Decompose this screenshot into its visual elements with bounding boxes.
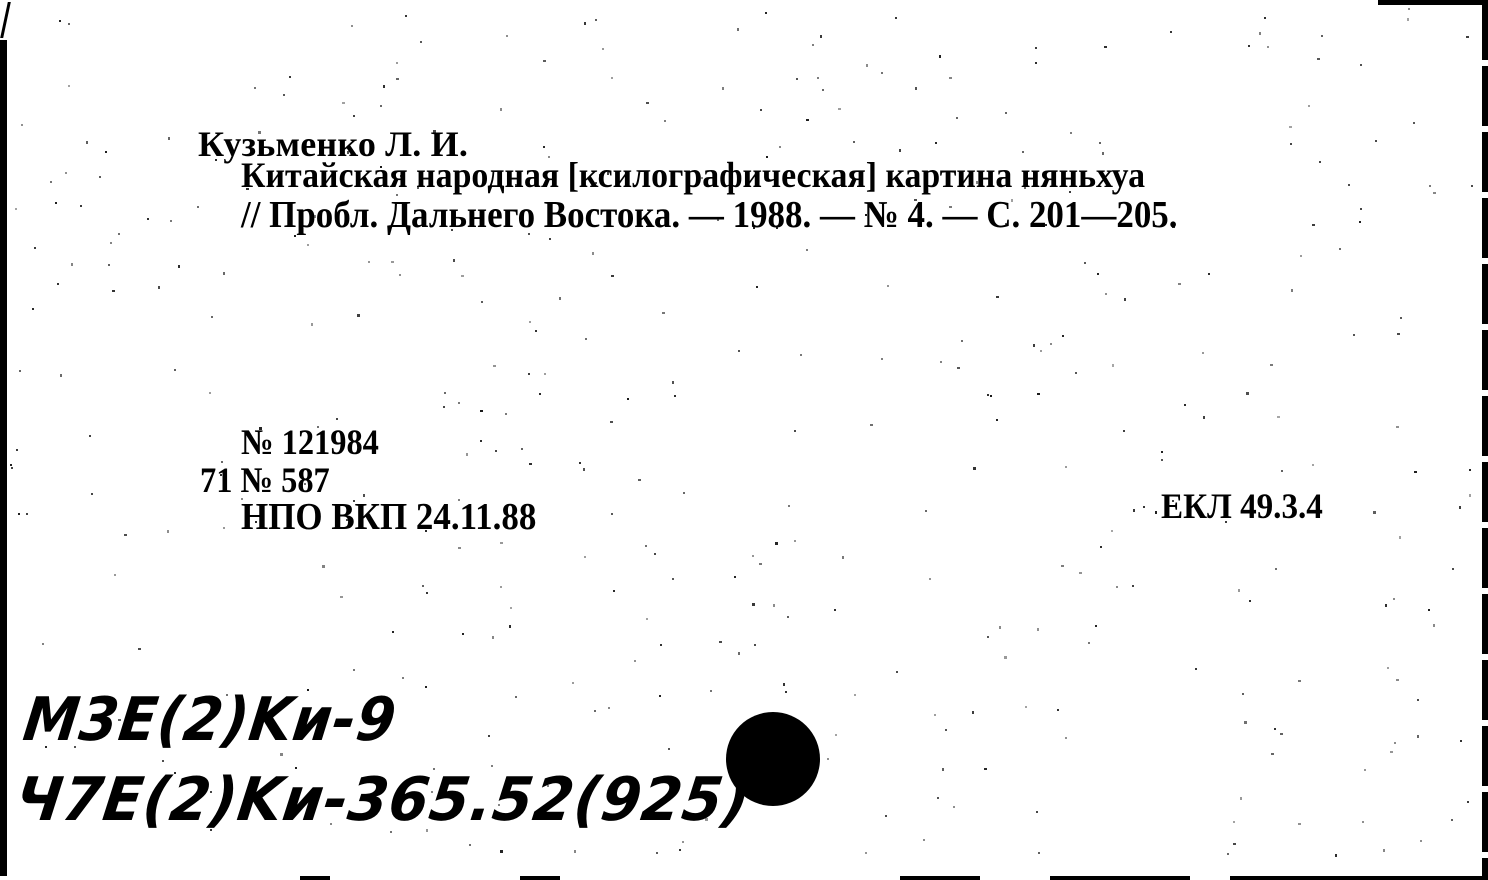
scan-speck bbox=[1097, 273, 1099, 275]
scan-speck bbox=[937, 797, 939, 799]
scan-speck bbox=[55, 202, 57, 204]
scan-speck bbox=[765, 12, 767, 14]
catalog-card: Кузьменко Л. И. Китайская народная [ксил… bbox=[0, 0, 1488, 880]
scan-speck bbox=[1277, 416, 1280, 418]
scan-speck bbox=[1469, 494, 1471, 497]
scan-speck bbox=[1451, 819, 1453, 821]
scan-speck bbox=[935, 142, 937, 144]
scan-speck bbox=[646, 618, 648, 620]
scan-speck bbox=[806, 249, 808, 251]
scan-speck bbox=[881, 72, 883, 74]
scan-speck bbox=[402, 677, 404, 679]
scan-speck bbox=[10, 464, 12, 466]
scan-speck bbox=[759, 563, 762, 565]
scan-speck bbox=[392, 631, 394, 633]
scan-speck bbox=[539, 393, 541, 395]
scan-speck bbox=[353, 669, 355, 671]
scan-speck bbox=[1099, 142, 1101, 144]
scan-speck bbox=[887, 285, 889, 287]
scan-speck bbox=[806, 119, 809, 121]
scan-speck bbox=[1037, 628, 1039, 631]
scan-speck bbox=[722, 87, 724, 90]
scan-speck bbox=[521, 448, 523, 450]
scan-speck bbox=[752, 555, 754, 557]
scan-speck bbox=[1466, 36, 1469, 38]
scan-speck bbox=[342, 102, 345, 104]
scan-speck bbox=[500, 108, 502, 111]
scan-speck bbox=[1274, 728, 1276, 730]
scan-speck bbox=[1084, 262, 1086, 264]
scan-speck bbox=[462, 633, 464, 635]
scan-speck bbox=[351, 25, 353, 27]
scan-speck bbox=[461, 275, 464, 277]
scan-speck bbox=[611, 275, 614, 277]
scan-speck bbox=[1308, 105, 1310, 107]
scan-speck bbox=[957, 367, 960, 369]
scan-speck bbox=[656, 852, 658, 854]
scan-speck bbox=[838, 108, 841, 110]
handwritten-shelf-mark-2: Ч7E(2)Kи-365.52(925) bbox=[12, 770, 754, 830]
scan-speck bbox=[1429, 185, 1431, 187]
scan-speck bbox=[16, 449, 18, 451]
scan-speck bbox=[500, 850, 503, 853]
scan-speck bbox=[1364, 769, 1366, 771]
scan-speck bbox=[1397, 333, 1400, 335]
scan-speck bbox=[925, 510, 927, 512]
scan-speck bbox=[949, 77, 952, 79]
scan-speck bbox=[60, 374, 62, 377]
scan-speck bbox=[915, 87, 917, 90]
scan-speck bbox=[65, 172, 67, 174]
scan-speck bbox=[679, 849, 681, 851]
scan-speck bbox=[674, 395, 676, 397]
scan-speck bbox=[929, 578, 931, 580]
scan-speck bbox=[611, 513, 613, 515]
scan-speck bbox=[1400, 317, 1402, 319]
scan-speck bbox=[1393, 598, 1395, 600]
scan-speck bbox=[1291, 289, 1293, 292]
scan-speck bbox=[1062, 335, 1064, 337]
scan-speck bbox=[283, 94, 285, 96]
scan-speck bbox=[1112, 364, 1114, 367]
scan-speck bbox=[336, 418, 338, 420]
scan-speck bbox=[719, 641, 722, 643]
scan-speck bbox=[480, 440, 482, 442]
scan-speck bbox=[1390, 751, 1393, 753]
scan-speck bbox=[118, 233, 120, 235]
scan-speck bbox=[996, 296, 999, 298]
scan-speck bbox=[469, 844, 471, 846]
scan-speck bbox=[1088, 642, 1090, 644]
scan-speck bbox=[1319, 161, 1321, 163]
scan-speck bbox=[1100, 546, 1102, 548]
scan-speck bbox=[124, 534, 127, 536]
scan-speck bbox=[1383, 849, 1385, 852]
scan-speck bbox=[1375, 140, 1377, 142]
scan-speck bbox=[800, 354, 802, 356]
scan-speck bbox=[112, 290, 115, 292]
scan-speck bbox=[1104, 46, 1107, 48]
scan-speck bbox=[608, 707, 610, 709]
scan-speck bbox=[1321, 35, 1323, 37]
scan-speck bbox=[357, 314, 360, 317]
scan-speck bbox=[1202, 352, 1204, 354]
scan-speck bbox=[509, 625, 511, 628]
scan-speck bbox=[584, 22, 586, 25]
scan-speck bbox=[822, 89, 824, 91]
scan-speck bbox=[254, 87, 256, 89]
scan-speck bbox=[881, 358, 883, 360]
scan-speck bbox=[529, 463, 532, 465]
scan-speck bbox=[990, 395, 992, 397]
scan-speck bbox=[68, 23, 70, 25]
scan-edge-bottom bbox=[0, 876, 1488, 880]
classification-code: ЕКЛ 49.3.4 bbox=[1161, 488, 1323, 524]
scan-speck bbox=[1452, 568, 1454, 570]
scan-speck bbox=[91, 493, 93, 495]
scan-speck bbox=[752, 603, 755, 606]
scan-speck bbox=[1417, 735, 1419, 738]
scan-speck bbox=[426, 592, 428, 594]
scan-speck bbox=[1132, 585, 1134, 587]
scan-speck bbox=[659, 695, 661, 697]
scan-speck bbox=[1280, 733, 1283, 735]
scan-speck bbox=[506, 35, 508, 37]
scan-speck bbox=[1079, 572, 1082, 574]
scan-speck bbox=[984, 768, 987, 770]
scan-speck bbox=[602, 48, 604, 50]
scan-speck bbox=[168, 137, 170, 140]
scan-speck bbox=[895, 17, 897, 19]
scan-speck bbox=[1244, 721, 1247, 724]
scan-speck bbox=[1264, 17, 1266, 19]
scan-speck bbox=[956, 117, 958, 119]
scan-speck bbox=[515, 696, 517, 698]
scan-speck bbox=[480, 410, 483, 412]
scan-speck bbox=[1414, 471, 1417, 473]
scan-speck bbox=[1123, 430, 1125, 432]
scan-speck bbox=[1394, 742, 1396, 744]
scan-speck bbox=[737, 28, 739, 31]
scan-speck bbox=[59, 20, 61, 22]
scan-speck bbox=[495, 450, 497, 452]
scan-speck bbox=[1459, 506, 1461, 509]
scan-speck bbox=[834, 609, 836, 611]
scan-speck bbox=[788, 505, 790, 507]
scan-speck bbox=[1420, 840, 1422, 842]
scan-speck bbox=[1038, 852, 1040, 854]
scan-speck bbox=[1035, 62, 1037, 64]
scan-speck bbox=[396, 78, 399, 80]
scan-speck bbox=[574, 850, 576, 853]
scan-speck bbox=[1075, 372, 1077, 374]
scan-speck bbox=[32, 308, 34, 310]
scan-speck bbox=[223, 272, 225, 275]
scan-speck bbox=[453, 259, 455, 262]
scan-speck bbox=[734, 576, 736, 578]
scan-speck bbox=[584, 556, 586, 558]
scan-speck bbox=[961, 340, 963, 342]
scan-speck bbox=[1290, 143, 1292, 145]
source-citation: // Пробл. Дальнего Востока. — 1988. — № … bbox=[241, 196, 1178, 234]
scan-speck bbox=[197, 206, 199, 208]
processing-note: НПО ВКП 24.11.88 bbox=[241, 498, 536, 536]
scan-speck bbox=[1036, 811, 1038, 813]
scan-speck bbox=[80, 205, 82, 207]
scan-speck bbox=[973, 467, 976, 470]
scan-speck bbox=[481, 301, 483, 303]
scan-speck bbox=[26, 513, 28, 515]
scan-speck bbox=[420, 41, 422, 43]
scan-speck bbox=[1270, 364, 1273, 366]
scan-speck bbox=[1246, 392, 1249, 395]
scan-edge-top-right bbox=[1378, 0, 1488, 5]
scan-speck bbox=[1208, 273, 1210, 275]
scan-speck bbox=[654, 553, 656, 555]
scan-speck bbox=[645, 545, 647, 547]
scan-speck bbox=[756, 286, 758, 288]
scan-speck bbox=[1300, 255, 1302, 257]
scan-speck bbox=[383, 85, 385, 88]
scan-speck bbox=[1057, 709, 1059, 711]
scan-speck bbox=[458, 402, 460, 404]
scan-speck bbox=[543, 146, 545, 148]
scan-speck bbox=[11, 467, 13, 469]
scan-speck bbox=[945, 729, 947, 731]
scan-speck bbox=[1155, 511, 1157, 514]
scan-speck bbox=[340, 596, 343, 598]
scan-speck bbox=[1203, 416, 1205, 419]
scan-speck bbox=[1238, 589, 1240, 592]
scan-speck bbox=[405, 15, 407, 17]
scan-speck bbox=[1161, 451, 1163, 453]
scan-speck bbox=[174, 369, 176, 371]
scan-speck bbox=[842, 556, 844, 559]
scan-speck bbox=[585, 338, 587, 340]
scan-speck bbox=[1413, 122, 1415, 124]
scan-speck bbox=[1050, 343, 1052, 345]
scan-speck bbox=[610, 421, 613, 423]
scan-speck bbox=[923, 839, 925, 841]
scan-speck bbox=[422, 585, 424, 587]
scan-speck bbox=[865, 852, 867, 854]
scan-speck bbox=[57, 283, 59, 285]
scan-speck bbox=[953, 806, 955, 808]
scan-speck bbox=[1178, 283, 1181, 285]
scan-speck bbox=[1373, 511, 1376, 514]
scan-speck bbox=[492, 636, 494, 639]
scan-speck bbox=[1467, 801, 1469, 803]
scan-speck bbox=[794, 430, 796, 432]
scan-speck bbox=[1289, 126, 1292, 128]
scan-speck bbox=[1070, 132, 1072, 134]
scan-speck bbox=[18, 513, 20, 515]
scan-speck bbox=[1360, 64, 1362, 66]
scan-speck bbox=[775, 542, 778, 545]
scan-speck bbox=[1124, 298, 1126, 301]
scan-speck bbox=[594, 710, 596, 712]
journal-number: 71 № 587 bbox=[200, 462, 330, 498]
scan-speck bbox=[885, 815, 887, 817]
scan-speck bbox=[854, 694, 856, 696]
scan-speck bbox=[353, 115, 355, 117]
scan-speck bbox=[158, 286, 160, 289]
scan-speck bbox=[34, 247, 36, 249]
scan-speck bbox=[1111, 530, 1113, 532]
scan-speck bbox=[167, 530, 169, 533]
scan-speck bbox=[1387, 667, 1389, 669]
scan-speck bbox=[987, 636, 989, 638]
scan-speck bbox=[634, 660, 636, 662]
scan-speck bbox=[528, 373, 530, 375]
scan-speck bbox=[583, 468, 585, 471]
scan-speck bbox=[1170, 31, 1172, 33]
scan-speck bbox=[754, 644, 756, 646]
scan-speck bbox=[662, 312, 665, 314]
scan-speck bbox=[870, 424, 873, 426]
scan-speck bbox=[1339, 248, 1341, 250]
scan-speck bbox=[1004, 656, 1007, 659]
scan-speck bbox=[738, 350, 740, 352]
scan-speck bbox=[1065, 737, 1067, 739]
scan-speck bbox=[1105, 293, 1107, 295]
scan-speck bbox=[812, 44, 814, 46]
scan-speck bbox=[572, 682, 574, 684]
scan-speck bbox=[99, 176, 101, 178]
scan-speck bbox=[835, 734, 837, 736]
scan-speck bbox=[773, 604, 775, 607]
scan-speck bbox=[1312, 464, 1314, 466]
accession-number: № 121984 bbox=[241, 424, 379, 460]
scan-speck bbox=[1195, 668, 1197, 670]
scan-speck bbox=[1248, 45, 1250, 47]
scan-speck bbox=[672, 578, 674, 580]
punch-hole bbox=[726, 712, 820, 806]
scan-speck bbox=[500, 586, 502, 588]
scan-speck bbox=[510, 607, 512, 609]
scan-speck bbox=[595, 19, 597, 21]
scan-speck bbox=[535, 330, 537, 332]
scan-speck bbox=[549, 238, 551, 240]
scan-speck bbox=[19, 370, 21, 372]
scan-speck bbox=[1095, 625, 1097, 627]
scan-speck bbox=[987, 394, 989, 396]
scan-speck bbox=[488, 735, 490, 737]
scan-speck bbox=[380, 105, 382, 107]
scan-speck bbox=[1471, 185, 1473, 187]
scan-speck bbox=[627, 398, 629, 400]
scan-speck bbox=[1116, 586, 1118, 588]
scan-speck bbox=[779, 146, 781, 148]
scan-speck bbox=[1061, 565, 1064, 567]
scan-speck bbox=[866, 64, 868, 67]
scan-speck bbox=[108, 264, 110, 266]
scan-speck bbox=[1233, 843, 1236, 845]
scan-speck bbox=[683, 492, 685, 494]
scan-speck bbox=[1399, 536, 1401, 539]
scan-speck bbox=[682, 841, 684, 843]
scan-edge-left bbox=[0, 0, 7, 880]
scan-speck bbox=[178, 265, 180, 268]
scan-speck bbox=[209, 392, 211, 394]
scan-speck bbox=[391, 261, 394, 263]
scan-speck bbox=[785, 691, 787, 693]
scan-speck bbox=[1233, 821, 1235, 823]
scan-speck bbox=[1275, 568, 1277, 570]
scan-speck bbox=[68, 85, 70, 87]
scan-speck bbox=[396, 62, 398, 64]
scan-speck bbox=[1025, 706, 1027, 708]
scan-speck bbox=[760, 109, 762, 111]
scan-speck bbox=[1417, 699, 1419, 701]
handwritten-shelf-mark-1: M3E(2)Kи-9 bbox=[20, 690, 400, 750]
scan-speck bbox=[1267, 46, 1269, 48]
scan-speck bbox=[1005, 112, 1007, 114]
scan-speck bbox=[322, 565, 325, 568]
scan-speck bbox=[1385, 604, 1387, 607]
scan-speck bbox=[307, 244, 309, 246]
scan-speck bbox=[794, 540, 796, 542]
scan-speck bbox=[399, 274, 401, 276]
work-title: Китайская народная [ксилографическая] ка… bbox=[241, 157, 1145, 193]
scan-speck bbox=[1359, 221, 1361, 223]
scan-speck bbox=[444, 392, 446, 394]
scan-speck bbox=[646, 102, 649, 104]
scan-speck bbox=[940, 361, 942, 363]
scan-speck bbox=[466, 453, 468, 456]
scan-speck bbox=[1335, 854, 1337, 857]
scan-speck bbox=[1033, 344, 1035, 347]
scan-speck bbox=[1271, 753, 1274, 755]
scan-speck bbox=[827, 758, 829, 760]
scan-speck bbox=[613, 590, 615, 592]
scan-speck bbox=[783, 683, 785, 686]
scan-speck bbox=[1227, 853, 1229, 855]
scan-speck bbox=[1065, 466, 1067, 468]
scan-speck bbox=[972, 711, 974, 714]
scan-speck bbox=[996, 419, 998, 421]
scan-speck bbox=[899, 149, 901, 152]
scan-speck bbox=[611, 77, 613, 79]
scan-speck bbox=[559, 297, 561, 300]
scan-speck bbox=[493, 365, 496, 367]
scan-speck bbox=[1161, 459, 1163, 461]
scan-speck bbox=[638, 479, 641, 481]
scan-speck bbox=[817, 77, 819, 79]
scan-speck bbox=[458, 547, 461, 549]
scan-speck bbox=[1184, 404, 1186, 406]
scan-speck bbox=[223, 527, 225, 529]
scan-speck bbox=[1298, 680, 1301, 682]
scan-speck bbox=[820, 35, 822, 38]
scan-speck bbox=[50, 181, 52, 183]
scan-speck bbox=[105, 151, 107, 153]
scan-speck bbox=[1396, 426, 1399, 428]
scan-speck bbox=[1037, 393, 1040, 395]
scan-speck bbox=[71, 263, 73, 266]
scan-speck bbox=[21, 124, 23, 126]
scan-speck bbox=[999, 626, 1001, 629]
scan-speck bbox=[1022, 151, 1024, 153]
scan-speck bbox=[1360, 208, 1362, 210]
scan-speck bbox=[853, 141, 855, 143]
scan-speck bbox=[505, 413, 507, 415]
scan-speck bbox=[42, 643, 44, 645]
scan-speck bbox=[1242, 693, 1244, 695]
scan-speck bbox=[1348, 184, 1350, 186]
scan-speck bbox=[1317, 58, 1320, 60]
scan-speck bbox=[114, 574, 116, 576]
